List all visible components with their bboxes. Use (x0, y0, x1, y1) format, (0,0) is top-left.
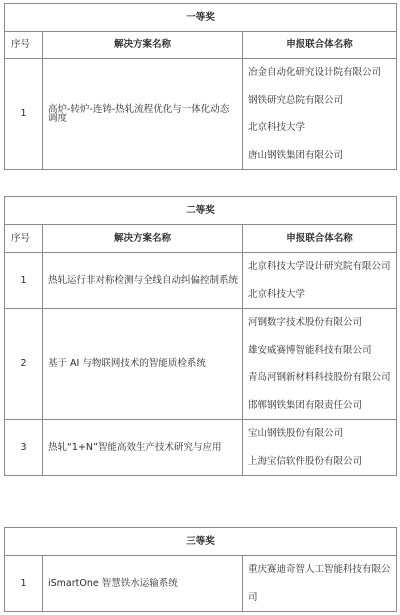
consortium-member: 北京科技大学设计研究院有限公司 (248, 253, 396, 281)
consortium-member: 重庆赛迪奇智人工智能科技有限公 (248, 556, 396, 584)
column-header-solution: 解决方案名称 (43, 32, 243, 59)
consortium-member: 唐山钢铁集团有限公司 (248, 142, 396, 170)
table-title: 三等奖 (5, 528, 397, 556)
solution-name: 高炉-转炉-连铸-热轧流程优化与一体化动态调度 (43, 59, 243, 170)
consortium-member: 雄安威赛博智能科技有限公司 (248, 337, 396, 365)
table-row: 2 基于 AI 与物联网技术的智能质检系统 河钢数字技术股份有限公司 雄安威赛博… (5, 309, 397, 420)
consortium-member: 河钢数字技术股份有限公司 (248, 309, 396, 337)
row-index: 3 (5, 420, 43, 476)
column-header-consortium: 申报联合体名称 (243, 225, 397, 253)
third-prize-table: 三等奖 1 iSmartOne 智慧铁水运输系统 重庆赛迪奇智人工智能科技有限公… (4, 527, 397, 612)
column-header-consortium: 申报联合体名称 (243, 32, 397, 59)
consortium-member: 宝山钢铁股份有限公司 (248, 420, 396, 448)
consortium-member: 北京科技大学 (248, 281, 396, 309)
column-header-index: 序号 (5, 225, 43, 253)
consortium-member: 北京科技大学 (248, 114, 396, 142)
solution-name: 热轧运行非对称检测与全线自动纠偏控制系统 (43, 253, 243, 309)
solution-name: iSmartOne 智慧铁水运输系统 (43, 556, 243, 612)
row-index: 1 (5, 59, 43, 170)
solution-name: 基于 AI 与物联网技术的智能质检系统 (43, 309, 243, 420)
consortium-list: 宝山钢铁股份有限公司 上海宝信软件股份有限公司 (243, 420, 397, 476)
row-index: 1 (5, 556, 43, 612)
row-index: 1 (5, 253, 43, 309)
consortium-member: 冶金自动化研究设计院有限公司 (248, 59, 396, 87)
consortium-list: 冶金自动化研究设计院有限公司 钢铁研究总院有限公司 北京科技大学 唐山钢铁集团有… (243, 59, 397, 170)
consortium-member: 钢铁研究总院有限公司 (248, 87, 396, 115)
consortium-list: 河钢数字技术股份有限公司 雄安威赛博智能科技有限公司 青岛河钢新材料科技股份有限… (243, 309, 397, 420)
consortium-member: 青岛河钢新材料科技股份有限公司 (248, 364, 396, 392)
column-header-solution: 解决方案名称 (43, 225, 243, 253)
table-row: 3 热轧“1+N”智能高效生产技术研究与应用 宝山钢铁股份有限公司 上海宝信软件… (5, 420, 397, 476)
table-row: 1 热轧运行非对称检测与全线自动纠偏控制系统 北京科技大学设计研究院有限公司 北… (5, 253, 397, 309)
first-prize-table: 一等奖 序号 解决方案名称 申报联合体名称 1 高炉-转炉-连铸-热轧流程优化与… (4, 3, 397, 170)
table-row: 1 高炉-转炉-连铸-热轧流程优化与一体化动态调度 冶金自动化研究设计院有限公司… (5, 59, 397, 170)
consortium-member: 邯郸钢铁集团有限责任公司 (248, 392, 396, 420)
solution-name: 热轧“1+N”智能高效生产技术研究与应用 (43, 420, 243, 476)
consortium-list: 重庆赛迪奇智人工智能科技有限公 司 (243, 556, 397, 612)
table-row: 1 iSmartOne 智慧铁水运输系统 重庆赛迪奇智人工智能科技有限公 司 (5, 556, 397, 612)
table-title: 二等奖 (5, 197, 397, 225)
table-title: 一等奖 (5, 4, 397, 32)
consortium-member: 司 (248, 584, 396, 612)
consortium-member: 上海宝信软件股份有限公司 (248, 448, 396, 476)
column-header-index: 序号 (5, 32, 43, 59)
row-index: 2 (5, 309, 43, 420)
second-prize-table: 二等奖 序号 解决方案名称 申报联合体名称 1 热轧运行非对称检测与全线自动纠偏… (4, 196, 397, 476)
consortium-list: 北京科技大学设计研究院有限公司 北京科技大学 (243, 253, 397, 309)
